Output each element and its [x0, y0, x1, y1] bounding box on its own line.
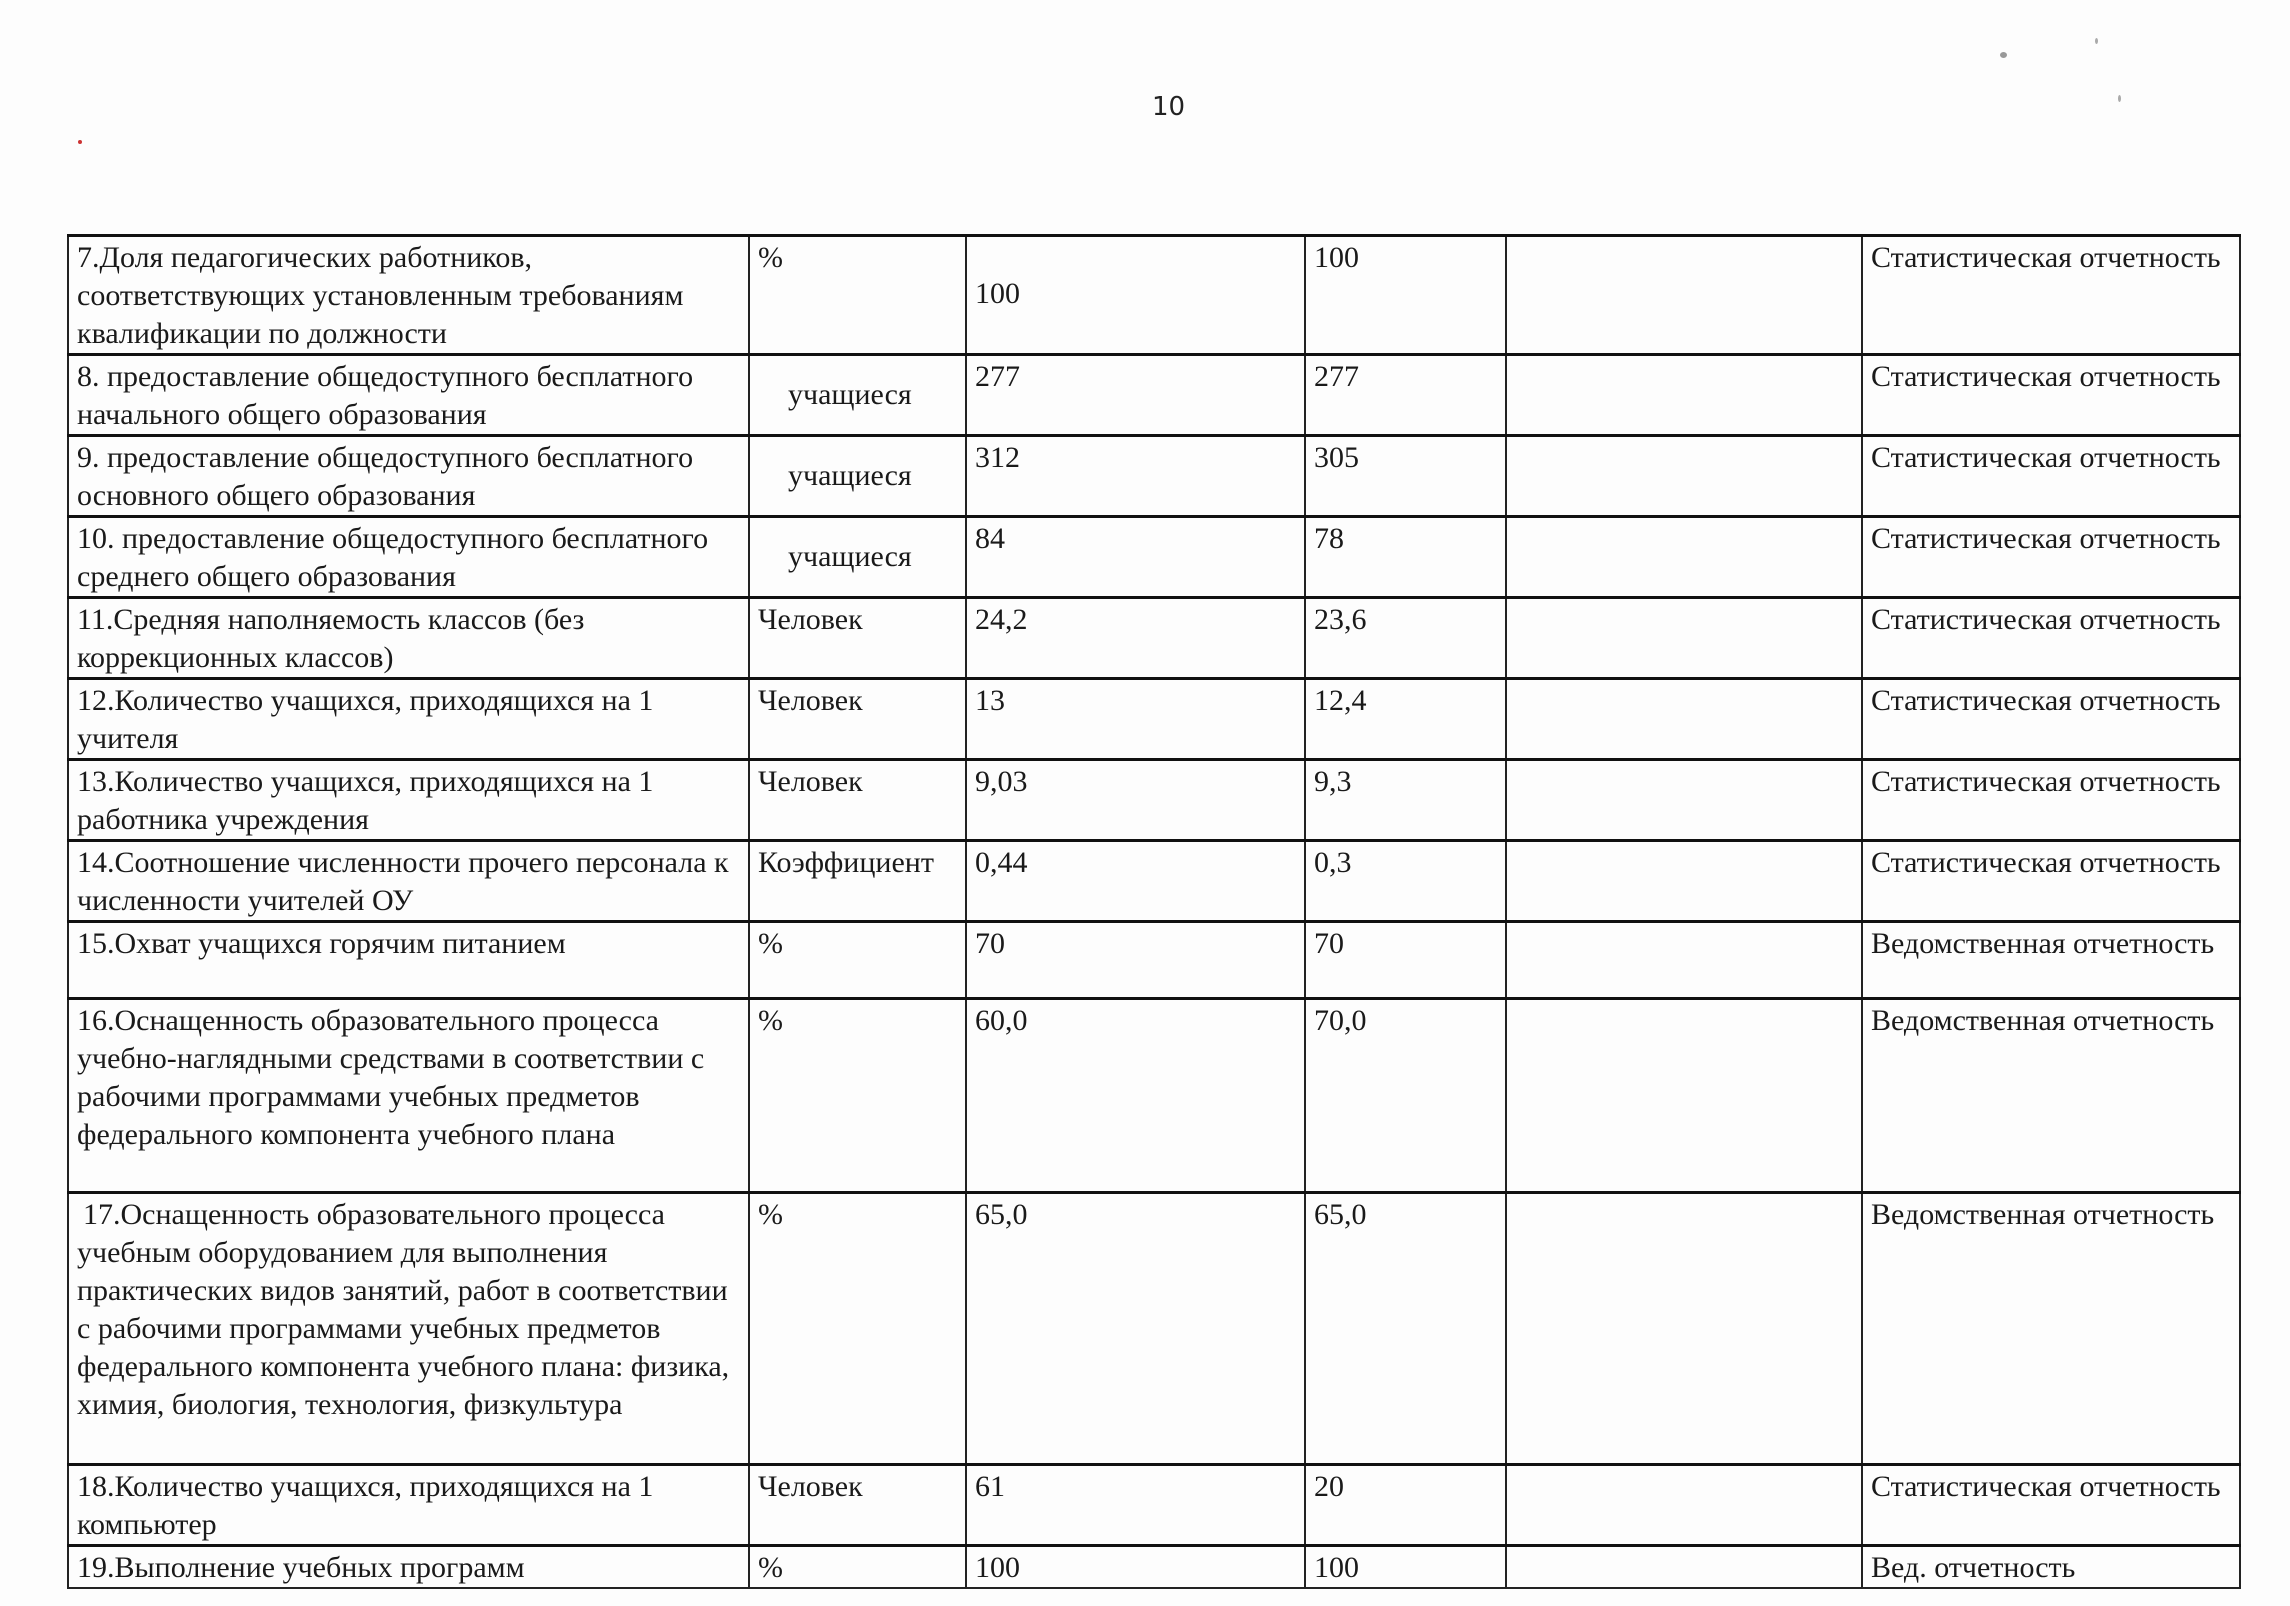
value-2-cell: 277	[1305, 355, 1506, 436]
value-1-cell: 84	[966, 517, 1305, 598]
indicator-cell: 11.Средняя наполняемость классов (без ко…	[68, 598, 749, 679]
unit-cell: Человек	[749, 679, 966, 760]
note-cell	[1506, 598, 1862, 679]
value-1-cell: 65,0	[966, 1193, 1305, 1465]
value-2-cell: 0,3	[1305, 841, 1506, 922]
note-cell	[1506, 841, 1862, 922]
table-row: 9. предоставление общедоступного бесплат…	[68, 436, 2240, 517]
indicator-cell: 14.Соотношение численности прочего персо…	[68, 841, 749, 922]
unit-cell: учащиеся	[749, 517, 966, 598]
value-1-cell: 13	[966, 679, 1305, 760]
value-2-cell: 100	[1305, 236, 1506, 355]
value-2-cell: 70,0	[1305, 999, 1506, 1193]
indicator-cell: 12.Количество учащихся, приходящихся на …	[68, 679, 749, 760]
unit-cell: учащиеся	[749, 436, 966, 517]
source-cell: Статистическая отчетность	[1862, 236, 2240, 355]
source-cell: Ведомственная отчетность	[1862, 922, 2240, 999]
table-row: 19.Выполнение учебных программ % 100 100…	[68, 1546, 2240, 1589]
table-row: 7.Доля педагогических работников, соотве…	[68, 236, 2240, 355]
source-cell: Статистическая отчетность	[1862, 436, 2240, 517]
table-row: 13.Количество учащихся, приходящихся на …	[68, 760, 2240, 841]
table-row: 8. предоставление общедоступного бесплат…	[68, 355, 2240, 436]
unit-cell: %	[749, 1193, 966, 1465]
table-row: 17.Оснащенность образовательного процесс…	[68, 1193, 2240, 1465]
indicators-table: 7.Доля педагогических работников, соотве…	[67, 234, 2241, 1589]
note-cell	[1506, 236, 1862, 355]
unit-cell: Человек	[749, 1465, 966, 1546]
unit-cell: Коэффициент	[749, 841, 966, 922]
unit-cell: Человек	[749, 598, 966, 679]
value-2-cell: 20	[1305, 1465, 1506, 1546]
note-cell	[1506, 436, 1862, 517]
value-2-cell: 65,0	[1305, 1193, 1506, 1465]
indicator-cell: 7.Доля педагогических работников, соотве…	[68, 236, 749, 355]
scan-speck	[2000, 52, 2007, 58]
value-1-cell: 61	[966, 1465, 1305, 1546]
value-1-cell: 0,44	[966, 841, 1305, 922]
indicator-cell: 17.Оснащенность образовательного процесс…	[68, 1193, 749, 1465]
note-cell	[1506, 517, 1862, 598]
value-2-cell: 100	[1305, 1546, 1506, 1589]
unit-cell: %	[749, 922, 966, 999]
value-1-cell: 60,0	[966, 999, 1305, 1193]
scan-speck	[2118, 95, 2121, 102]
page-number: 10	[1152, 92, 1185, 122]
unit-cell: учащиеся	[749, 355, 966, 436]
value-2-cell: 70	[1305, 922, 1506, 999]
indicator-cell: 18.Количество учащихся, приходящихся на …	[68, 1465, 749, 1546]
indicator-cell: 19.Выполнение учебных программ	[68, 1546, 749, 1589]
source-cell: Статистическая отчетность	[1862, 679, 2240, 760]
value-1-cell: 24,2	[966, 598, 1305, 679]
source-cell: Ведомственная отчетность	[1862, 1193, 2240, 1465]
note-cell	[1506, 1546, 1862, 1589]
source-cell: Статистическая отчетность	[1862, 760, 2240, 841]
value-2-cell: 12,4	[1305, 679, 1506, 760]
value-2-cell: 305	[1305, 436, 1506, 517]
unit-cell: Человек	[749, 760, 966, 841]
note-cell	[1506, 760, 1862, 841]
source-cell: Статистическая отчетность	[1862, 517, 2240, 598]
value-1-cell: 9,03	[966, 760, 1305, 841]
note-cell	[1506, 679, 1862, 760]
table-row: 12.Количество учащихся, приходящихся на …	[68, 679, 2240, 760]
unit-cell: %	[749, 1546, 966, 1589]
indicator-cell: 8. предоставление общедоступного бесплат…	[68, 355, 749, 436]
source-cell: Вед. отчетность	[1862, 1546, 2240, 1589]
value-1-cell: 100	[966, 1546, 1305, 1589]
source-cell: Статистическая отчетность	[1862, 355, 2240, 436]
table-row: 10. предоставление общедоступного беспла…	[68, 517, 2240, 598]
table-row: 11.Средняя наполняемость классов (без ко…	[68, 598, 2240, 679]
value-1-cell: 100	[966, 236, 1305, 355]
indicator-cell: 15.Охват учащихся горячим питанием	[68, 922, 749, 999]
indicator-cell: 10. предоставление общедоступного беспла…	[68, 517, 749, 598]
table-row: 18.Количество учащихся, приходящихся на …	[68, 1465, 2240, 1546]
value-2-cell: 23,6	[1305, 598, 1506, 679]
indicator-cell: 13.Количество учащихся, приходящихся на …	[68, 760, 749, 841]
unit-cell: %	[749, 236, 966, 355]
note-cell	[1506, 922, 1862, 999]
scan-speck	[2095, 38, 2098, 44]
unit-cell: %	[749, 999, 966, 1193]
table-row: 14.Соотношение численности прочего персо…	[68, 841, 2240, 922]
value-2-cell: 78	[1305, 517, 1506, 598]
note-cell	[1506, 355, 1862, 436]
value-1-cell: 312	[966, 436, 1305, 517]
value-1-cell: 70	[966, 922, 1305, 999]
value-1-cell: 277	[966, 355, 1305, 436]
table-row: 16.Оснащенность образовательного процесс…	[68, 999, 2240, 1193]
indicator-cell: 16.Оснащенность образовательного процесс…	[68, 999, 749, 1193]
note-cell	[1506, 1193, 1862, 1465]
note-cell	[1506, 1465, 1862, 1546]
source-cell: Статистическая отчетность	[1862, 1465, 2240, 1546]
note-cell	[1506, 999, 1862, 1193]
source-cell: Статистическая отчетность	[1862, 841, 2240, 922]
table-row: 15.Охват учащихся горячим питанием % 70 …	[68, 922, 2240, 999]
value-2-cell: 9,3	[1305, 760, 1506, 841]
source-cell: Статистическая отчетность	[1862, 598, 2240, 679]
scan-speck	[78, 140, 82, 144]
indicator-cell: 9. предоставление общедоступного бесплат…	[68, 436, 749, 517]
source-cell: Ведомственная отчетность	[1862, 999, 2240, 1193]
